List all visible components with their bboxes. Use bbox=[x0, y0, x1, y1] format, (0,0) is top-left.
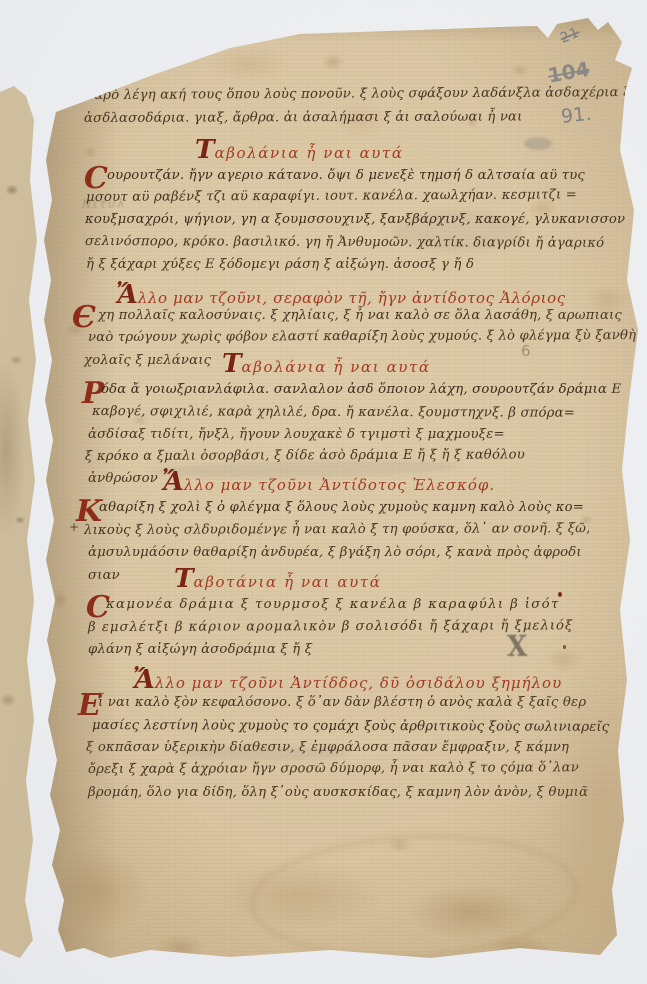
edge-vignette bbox=[0, 0, 647, 984]
manuscript-page: 21 104 91. X 6 + Νιτυλ θαρὸ λέγη ακή του… bbox=[0, 0, 647, 984]
